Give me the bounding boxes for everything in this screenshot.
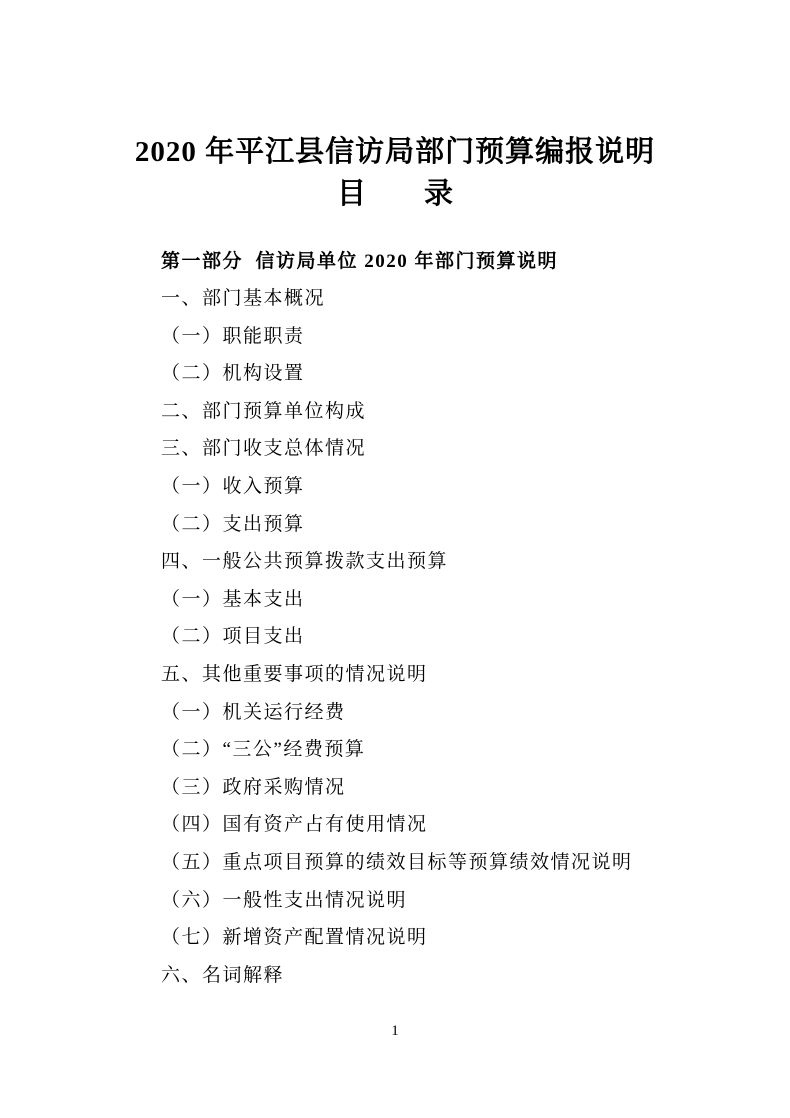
document-title: 2020 年平江县信访局部门预算编报说明 xyxy=(0,0,790,170)
toc-item: （一）机关运行经费 xyxy=(161,694,700,732)
toc-item: 五、其他重要事项的情况说明 xyxy=(161,656,700,694)
toc-item: （二）支出预算 xyxy=(161,506,700,544)
toc-item: 二、部门预算单位构成 xyxy=(161,393,700,431)
toc-item: 三、部门收支总体情况 xyxy=(161,430,700,468)
document-page: 2020 年平江县信访局部门预算编报说明 目 录 第一部分 信访局单位 2020… xyxy=(0,0,790,1118)
toc-item: （二）机构设置 xyxy=(161,355,700,393)
toc-item: （一）职能职责 xyxy=(161,318,700,356)
toc-item: （一）基本支出 xyxy=(161,581,700,619)
toc-item: 一、部门基本概况 xyxy=(161,280,700,318)
toc-item: （五）重点项目预算的绩效目标等预算绩效情况说明 xyxy=(161,844,700,882)
toc-item: （六）一般性支出情况说明 xyxy=(161,882,700,920)
toc-item: （四）国有资产占有使用情况 xyxy=(161,806,700,844)
toc-item: （二）项目支出 xyxy=(161,618,700,656)
toc-part-heading: 第一部分 信访局单位 2020 年部门预算说明 xyxy=(161,243,700,281)
table-of-contents: 第一部分 信访局单位 2020 年部门预算说明 一、部门基本概况（一）职能职责（… xyxy=(161,243,700,995)
toc-item: （七）新增资产配置情况说明 xyxy=(161,919,700,957)
toc-item: （一）收入预算 xyxy=(161,468,700,506)
toc-item-list: 一、部门基本概况（一）职能职责（二）机构设置二、部门预算单位构成三、部门收支总体… xyxy=(161,280,700,994)
toc-item: （三）政府采购情况 xyxy=(161,769,700,807)
page-number: 1 xyxy=(0,1023,790,1040)
toc-item: 六、名词解释 xyxy=(161,957,700,995)
toc-item: （二）“三公”经费预算 xyxy=(161,731,700,769)
toc-item: 四、一般公共预算拨款支出预算 xyxy=(161,543,700,581)
document-subtitle-toc: 目 录 xyxy=(0,170,790,212)
